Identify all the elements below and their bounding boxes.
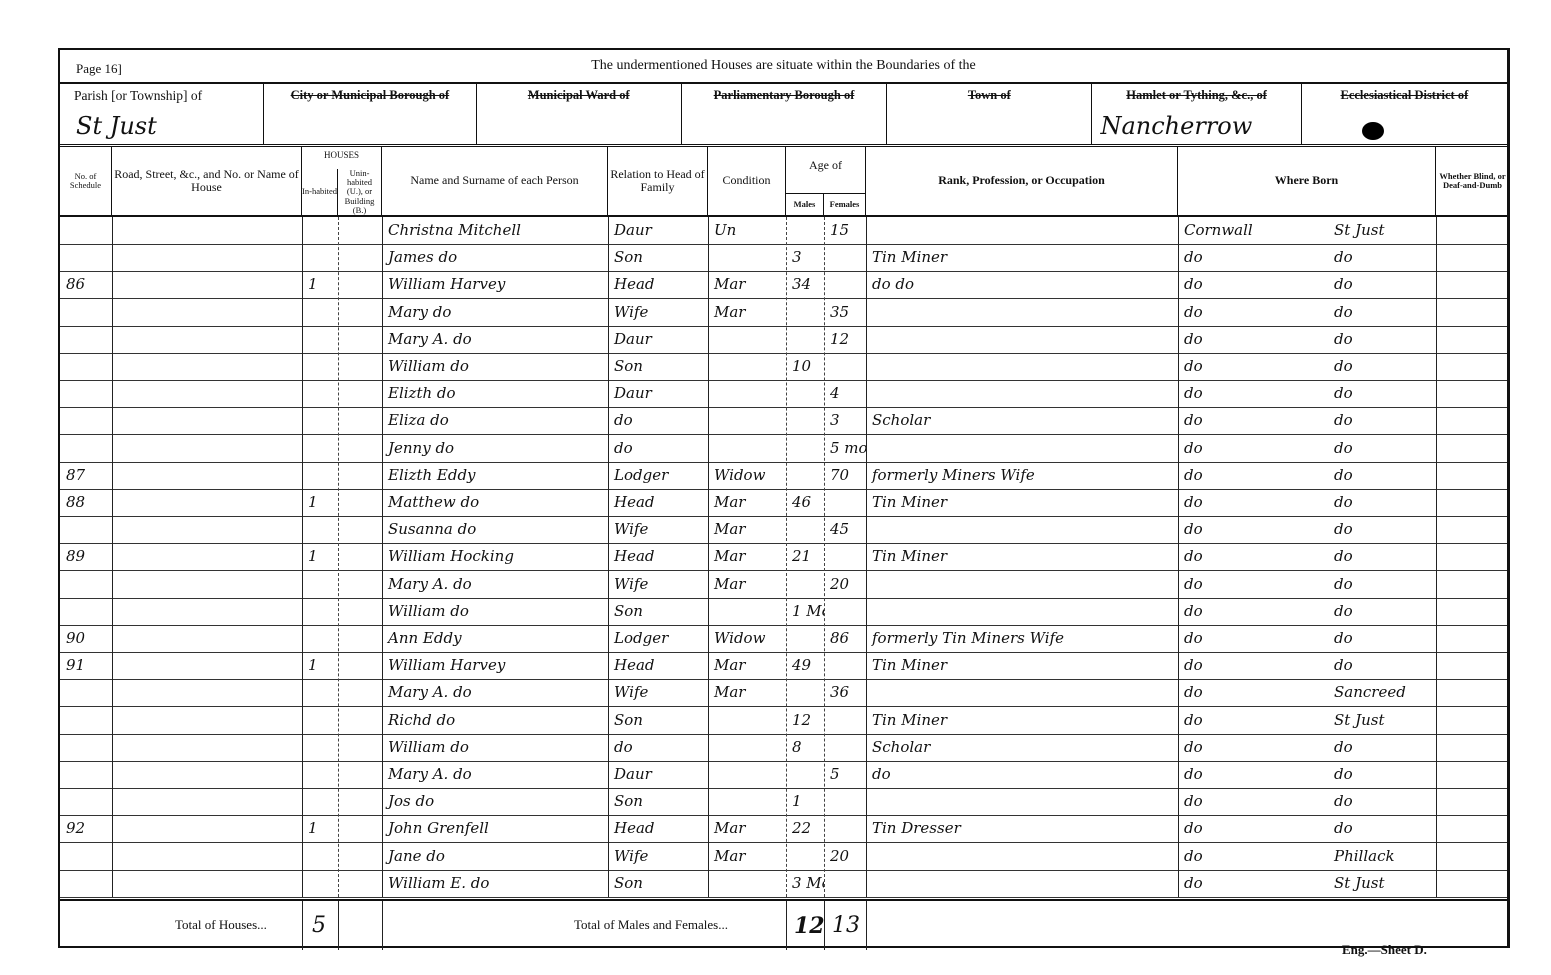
table-row: Elizth doDaur4dodo bbox=[60, 380, 1507, 408]
col-header-uninhabited: Unin-habited (U.), or Building (B.) bbox=[338, 169, 382, 215]
cell-uninhabited bbox=[338, 788, 382, 815]
cell-relation: Son bbox=[608, 788, 708, 815]
col-header-inhabited: In-habited bbox=[302, 169, 338, 215]
cell-inhabited bbox=[302, 707, 338, 734]
cell-born-parish: do bbox=[1328, 326, 1436, 353]
cell-name: James do bbox=[382, 244, 608, 271]
cell-born-county: Cornwall bbox=[1178, 217, 1328, 244]
cell-condition bbox=[708, 435, 786, 462]
cell-born-parish: do bbox=[1328, 815, 1436, 842]
cell-inhabited bbox=[302, 217, 338, 244]
cell-uninhabited bbox=[338, 380, 382, 407]
table-row: Mary A. doDaur5dododo bbox=[60, 761, 1507, 789]
cell-blind bbox=[1436, 217, 1509, 244]
cell-relation: Head bbox=[608, 489, 708, 516]
footer-divider bbox=[866, 901, 867, 950]
cell-age-female: 20 bbox=[824, 571, 866, 598]
column-divider bbox=[382, 217, 383, 897]
cell-born-county: do bbox=[1178, 815, 1328, 842]
cell-blind bbox=[1436, 435, 1509, 462]
cell-age-male bbox=[786, 407, 824, 434]
cell-blind bbox=[1436, 489, 1509, 516]
table-row: Mary doWifeMar35dodo bbox=[60, 299, 1507, 327]
cell-relation: do bbox=[608, 734, 708, 761]
cell-age-male: 22 bbox=[786, 815, 824, 842]
cell-relation: Son bbox=[608, 244, 708, 271]
cell-inhabited bbox=[302, 734, 338, 761]
cell-road bbox=[112, 625, 302, 652]
cell-blind bbox=[1436, 598, 1509, 625]
cell-born-county: do bbox=[1178, 299, 1328, 326]
cell-relation: Head bbox=[608, 543, 708, 570]
cell-condition bbox=[708, 870, 786, 897]
cell-born-parish: do bbox=[1328, 271, 1436, 298]
cell-condition: Mar bbox=[708, 815, 786, 842]
cell-born-county: do bbox=[1178, 407, 1328, 434]
total-houses-label: Total of Houses... bbox=[175, 917, 267, 933]
cell-name: Elizth do bbox=[382, 380, 608, 407]
cell-inhabited bbox=[302, 625, 338, 652]
cell-road bbox=[112, 217, 302, 244]
column-divider bbox=[824, 217, 825, 897]
table-row: Richd doSon12Tin MinerdoSt Just bbox=[60, 707, 1507, 735]
cell-uninhabited bbox=[338, 843, 382, 870]
cell-age-female bbox=[824, 707, 866, 734]
cell-age-female bbox=[824, 815, 866, 842]
cell-schedule bbox=[60, 244, 112, 271]
cell-name: William Hocking bbox=[382, 543, 608, 570]
cell-age-male: 1 Mo bbox=[786, 598, 824, 625]
cell-road bbox=[112, 380, 302, 407]
cell-schedule: 91 bbox=[60, 652, 112, 679]
cell-occupation: Tin Miner bbox=[866, 652, 1178, 679]
column-divider bbox=[1178, 217, 1179, 897]
cell-born-county: do bbox=[1178, 843, 1328, 870]
total-females-value: 13 bbox=[832, 913, 860, 938]
cell-condition bbox=[708, 598, 786, 625]
boundary-hamlet: Hamlet or Tything, &c., of Nancherrow bbox=[1092, 82, 1301, 144]
cell-schedule bbox=[60, 407, 112, 434]
cell-blind bbox=[1436, 843, 1509, 870]
cell-born-parish: do bbox=[1328, 489, 1436, 516]
cell-age-male: 46 bbox=[786, 489, 824, 516]
sheet-code: Eng.—Sheet D. bbox=[1342, 942, 1427, 958]
cell-uninhabited bbox=[338, 571, 382, 598]
cell-relation: Head bbox=[608, 815, 708, 842]
cell-schedule bbox=[60, 734, 112, 761]
total-houses-value: 5 bbox=[312, 913, 326, 938]
cell-name: Jane do bbox=[382, 843, 608, 870]
cell-road bbox=[112, 761, 302, 788]
cell-name: William do bbox=[382, 353, 608, 380]
column-divider bbox=[1436, 217, 1437, 897]
cell-born-parish: do bbox=[1328, 244, 1436, 271]
cell-name: Mary do bbox=[382, 299, 608, 326]
cell-name: John Grenfell bbox=[382, 815, 608, 842]
cell-relation: Wife bbox=[608, 571, 708, 598]
cell-road bbox=[112, 299, 302, 326]
cell-age-male: 34 bbox=[786, 271, 824, 298]
col-header-blind: Whether Blind, or Deaf-and-Dumb bbox=[1436, 147, 1509, 215]
cell-road bbox=[112, 407, 302, 434]
cell-uninhabited bbox=[338, 353, 382, 380]
cell-condition: Un bbox=[708, 217, 786, 244]
cell-age-female: 12 bbox=[824, 326, 866, 353]
cell-born-parish: do bbox=[1328, 625, 1436, 652]
cell-road bbox=[112, 489, 302, 516]
ink-blot-icon bbox=[1362, 122, 1384, 140]
cell-born-parish: do bbox=[1328, 761, 1436, 788]
cell-age-male bbox=[786, 571, 824, 598]
cell-blind bbox=[1436, 516, 1509, 543]
cell-road bbox=[112, 353, 302, 380]
cell-occupation bbox=[866, 679, 1178, 706]
cell-born-county: do bbox=[1178, 707, 1328, 734]
cell-occupation bbox=[866, 571, 1178, 598]
boundary-parish: Parish [or Township] of St Just bbox=[60, 82, 264, 144]
cell-born-county: do bbox=[1178, 788, 1328, 815]
cell-uninhabited bbox=[338, 489, 382, 516]
cell-relation: Daur bbox=[608, 326, 708, 353]
cell-road bbox=[112, 543, 302, 570]
cell-blind bbox=[1436, 271, 1509, 298]
cell-name: William do bbox=[382, 734, 608, 761]
cell-uninhabited bbox=[338, 815, 382, 842]
cell-born-county: do bbox=[1178, 679, 1328, 706]
cell-blind bbox=[1436, 761, 1509, 788]
cell-condition: Mar bbox=[708, 843, 786, 870]
cell-condition bbox=[708, 353, 786, 380]
cell-age-male: 3 Mo bbox=[786, 870, 824, 897]
cell-schedule bbox=[60, 788, 112, 815]
cell-inhabited bbox=[302, 870, 338, 897]
sheet-top-bar: Page 16] The undermentioned Houses are s… bbox=[60, 50, 1507, 84]
cell-relation: Wife bbox=[608, 843, 708, 870]
boundary-ecclesiastical: Ecclesiastical District of bbox=[1302, 82, 1507, 144]
table-row: Jos doSon1dodo bbox=[60, 788, 1507, 816]
cell-blind bbox=[1436, 353, 1509, 380]
cell-occupation bbox=[866, 788, 1178, 815]
cell-name: Mary A. do bbox=[382, 571, 608, 598]
cell-uninhabited bbox=[338, 326, 382, 353]
cell-born-county: do bbox=[1178, 271, 1328, 298]
cell-schedule bbox=[60, 571, 112, 598]
cell-born-parish: do bbox=[1328, 435, 1436, 462]
cell-born-county: do bbox=[1178, 870, 1328, 897]
table-row: 90Ann EddyLodgerWidow86formerly Tin Mine… bbox=[60, 625, 1507, 653]
cell-blind bbox=[1436, 707, 1509, 734]
cell-uninhabited bbox=[338, 516, 382, 543]
cell-blind bbox=[1436, 734, 1509, 761]
table-row: 891William HockingHeadMar21Tin Minerdodo bbox=[60, 543, 1507, 571]
cell-born-parish: Phillack bbox=[1328, 843, 1436, 870]
cell-road bbox=[112, 244, 302, 271]
cell-age-female bbox=[824, 244, 866, 271]
cell-name: William Harvey bbox=[382, 652, 608, 679]
boundary-label: Hamlet or Tything, &c., of bbox=[1092, 88, 1300, 103]
cell-name: Eliza do bbox=[382, 407, 608, 434]
cell-schedule bbox=[60, 843, 112, 870]
cell-age-male: 1 bbox=[786, 788, 824, 815]
cell-born-parish: do bbox=[1328, 380, 1436, 407]
cell-age-female: 15 bbox=[824, 217, 866, 244]
cell-relation: Wife bbox=[608, 516, 708, 543]
footer-divider bbox=[824, 901, 825, 950]
cell-born-parish: St Just bbox=[1328, 707, 1436, 734]
cell-schedule bbox=[60, 217, 112, 244]
col-header-name: Name and Surname of each Person bbox=[382, 147, 608, 215]
cell-road bbox=[112, 435, 302, 462]
cell-condition bbox=[708, 734, 786, 761]
cell-relation: Head bbox=[608, 271, 708, 298]
cell-condition bbox=[708, 380, 786, 407]
cell-relation: Daur bbox=[608, 380, 708, 407]
cell-age-male: 12 bbox=[786, 707, 824, 734]
cell-occupation: Tin Miner bbox=[866, 707, 1178, 734]
cell-born-parish: do bbox=[1328, 598, 1436, 625]
cell-age-female bbox=[824, 734, 866, 761]
cell-born-parish: do bbox=[1328, 571, 1436, 598]
cell-schedule bbox=[60, 299, 112, 326]
column-divider bbox=[708, 217, 709, 897]
cell-condition: Widow bbox=[708, 625, 786, 652]
cell-schedule bbox=[60, 598, 112, 625]
cell-relation: Wife bbox=[608, 679, 708, 706]
cell-schedule bbox=[60, 761, 112, 788]
cell-born-parish: do bbox=[1328, 543, 1436, 570]
footer-divider bbox=[302, 901, 303, 950]
cell-schedule bbox=[60, 516, 112, 543]
cell-uninhabited bbox=[338, 462, 382, 489]
cell-blind bbox=[1436, 326, 1509, 353]
cell-born-county: do bbox=[1178, 625, 1328, 652]
cell-inhabited bbox=[302, 407, 338, 434]
table-row: James doSon3Tin Minerdodo bbox=[60, 244, 1507, 272]
cell-inhabited bbox=[302, 326, 338, 353]
cell-blind bbox=[1436, 788, 1509, 815]
page-title: The undermentioned Houses are situate wi… bbox=[60, 58, 1507, 74]
cell-inhabited bbox=[302, 244, 338, 271]
cell-blind bbox=[1436, 407, 1509, 434]
cell-relation: Son bbox=[608, 870, 708, 897]
cell-born-county: do bbox=[1178, 734, 1328, 761]
cell-age-male bbox=[786, 462, 824, 489]
total-males-value: 12 bbox=[794, 913, 825, 939]
cell-schedule: 86 bbox=[60, 271, 112, 298]
cell-inhabited bbox=[302, 462, 338, 489]
cell-inhabited bbox=[302, 299, 338, 326]
cell-age-female bbox=[824, 543, 866, 570]
cell-schedule: 87 bbox=[60, 462, 112, 489]
cell-age-male bbox=[786, 516, 824, 543]
cell-condition: Mar bbox=[708, 489, 786, 516]
cell-uninhabited bbox=[338, 407, 382, 434]
cell-occupation: formerly Miners Wife bbox=[866, 462, 1178, 489]
cell-name: Jenny do bbox=[382, 435, 608, 462]
cell-age-male bbox=[786, 380, 824, 407]
totals-row: Total of Houses... 5 Total of Males and … bbox=[60, 899, 1507, 950]
cell-born-county: do bbox=[1178, 516, 1328, 543]
cell-occupation: do bbox=[866, 761, 1178, 788]
cell-age-male bbox=[786, 843, 824, 870]
table-row: 861William HarveyHeadMar34do dododo bbox=[60, 271, 1507, 299]
cell-road bbox=[112, 734, 302, 761]
cell-born-parish: do bbox=[1328, 353, 1436, 380]
col-header-where-born: Where Born bbox=[1178, 147, 1436, 215]
boundary-label: Ecclesiastical District of bbox=[1302, 88, 1507, 103]
cell-age-male bbox=[786, 217, 824, 244]
cell-condition: Mar bbox=[708, 543, 786, 570]
col-header-occupation: Rank, Profession, or Occupation bbox=[866, 147, 1178, 215]
cell-relation: Daur bbox=[608, 217, 708, 244]
cell-name: William Harvey bbox=[382, 271, 608, 298]
cell-schedule bbox=[60, 679, 112, 706]
cell-occupation bbox=[866, 326, 1178, 353]
cell-uninhabited bbox=[338, 707, 382, 734]
cell-name: Susanna do bbox=[382, 516, 608, 543]
cell-uninhabited bbox=[338, 244, 382, 271]
cell-born-parish: St Just bbox=[1328, 217, 1436, 244]
cell-age-male bbox=[786, 625, 824, 652]
boundary-town: Town of bbox=[887, 82, 1092, 144]
cell-born-parish: do bbox=[1328, 462, 1436, 489]
cell-condition bbox=[708, 326, 786, 353]
cell-name: Ann Eddy bbox=[382, 625, 608, 652]
cell-age-female: 36 bbox=[824, 679, 866, 706]
col-header-relation: Relation to Head of Family bbox=[608, 147, 708, 215]
cell-name: Richd do bbox=[382, 707, 608, 734]
cell-blind bbox=[1436, 244, 1509, 271]
boundary-ward: Municipal Ward of bbox=[477, 82, 682, 144]
table-row: William doSon10dodo bbox=[60, 353, 1507, 381]
cell-age-male: 21 bbox=[786, 543, 824, 570]
cell-name: Elizth Eddy bbox=[382, 462, 608, 489]
table-row: 921John GrenfellHeadMar22Tin Dresserdodo bbox=[60, 815, 1507, 843]
cell-name: Mary A. do bbox=[382, 326, 608, 353]
boundary-label: Town of bbox=[887, 88, 1091, 103]
cell-uninhabited bbox=[338, 435, 382, 462]
table-row: William dodo8Scholardodo bbox=[60, 734, 1507, 762]
cell-uninhabited bbox=[338, 299, 382, 326]
cell-condition: Mar bbox=[708, 571, 786, 598]
cell-born-county: do bbox=[1178, 380, 1328, 407]
table-row: Eliza dodo3Scholardodo bbox=[60, 407, 1507, 435]
cell-born-county: do bbox=[1178, 462, 1328, 489]
cell-occupation bbox=[866, 217, 1178, 244]
cell-age-female bbox=[824, 652, 866, 679]
cell-born-parish: do bbox=[1328, 788, 1436, 815]
cell-blind bbox=[1436, 462, 1509, 489]
cell-age-female: 70 bbox=[824, 462, 866, 489]
cell-inhabited bbox=[302, 571, 338, 598]
cell-born-county: do bbox=[1178, 244, 1328, 271]
cell-relation: Daur bbox=[608, 761, 708, 788]
cell-age-male bbox=[786, 679, 824, 706]
cell-inhabited: 1 bbox=[302, 489, 338, 516]
cell-condition bbox=[708, 244, 786, 271]
cell-road bbox=[112, 326, 302, 353]
cell-relation: Lodger bbox=[608, 625, 708, 652]
cell-inhabited bbox=[302, 380, 338, 407]
cell-condition bbox=[708, 788, 786, 815]
cell-age-male bbox=[786, 299, 824, 326]
col-header-females: Females bbox=[824, 193, 866, 215]
cell-uninhabited bbox=[338, 652, 382, 679]
cell-inhabited bbox=[302, 843, 338, 870]
cell-condition: Mar bbox=[708, 299, 786, 326]
cell-schedule bbox=[60, 870, 112, 897]
cell-born-county: do bbox=[1178, 326, 1328, 353]
cell-born-county: do bbox=[1178, 489, 1328, 516]
boundary-borough: City or Municipal Borough of bbox=[264, 82, 476, 144]
cell-road bbox=[112, 571, 302, 598]
cell-uninhabited bbox=[338, 761, 382, 788]
boundaries-row: Parish [or Township] of St Just City or … bbox=[60, 82, 1507, 147]
cell-schedule bbox=[60, 707, 112, 734]
cell-uninhabited bbox=[338, 543, 382, 570]
cell-born-county: do bbox=[1178, 652, 1328, 679]
cell-blind bbox=[1436, 870, 1509, 897]
cell-age-female bbox=[824, 788, 866, 815]
cell-age-male: 10 bbox=[786, 353, 824, 380]
cell-condition bbox=[708, 761, 786, 788]
cell-name: Jos do bbox=[382, 788, 608, 815]
boundary-label: Municipal Ward of bbox=[477, 88, 681, 103]
cell-uninhabited bbox=[338, 625, 382, 652]
cell-age-female: 45 bbox=[824, 516, 866, 543]
boundary-label: Parliamentary Borough of bbox=[682, 88, 886, 103]
cell-schedule: 92 bbox=[60, 815, 112, 842]
cell-blind bbox=[1436, 299, 1509, 326]
cell-born-county: do bbox=[1178, 571, 1328, 598]
cell-uninhabited bbox=[338, 870, 382, 897]
cell-uninhabited bbox=[338, 598, 382, 625]
cell-relation: Head bbox=[608, 652, 708, 679]
cell-road bbox=[112, 815, 302, 842]
cell-occupation bbox=[866, 843, 1178, 870]
cell-condition: Mar bbox=[708, 271, 786, 298]
cell-occupation: Scholar bbox=[866, 407, 1178, 434]
cell-road bbox=[112, 516, 302, 543]
table-row: Susanna doWifeMar45dodo bbox=[60, 516, 1507, 544]
cell-inhabited bbox=[302, 761, 338, 788]
cell-age-female: 86 bbox=[824, 625, 866, 652]
cell-blind bbox=[1436, 652, 1509, 679]
cell-age-female: 5 mo bbox=[824, 435, 866, 462]
cell-road bbox=[112, 788, 302, 815]
column-divider bbox=[786, 217, 787, 897]
cell-blind bbox=[1436, 815, 1509, 842]
cell-age-female: 5 bbox=[824, 761, 866, 788]
cell-occupation: Tin Miner bbox=[866, 489, 1178, 516]
footer-divider bbox=[786, 901, 787, 950]
footer-divider bbox=[338, 901, 339, 950]
cell-born-parish: do bbox=[1328, 299, 1436, 326]
cell-occupation: Tin Miner bbox=[866, 543, 1178, 570]
cell-road bbox=[112, 707, 302, 734]
cell-born-parish: do bbox=[1328, 734, 1436, 761]
cell-blind bbox=[1436, 380, 1509, 407]
cell-condition: Mar bbox=[708, 652, 786, 679]
cell-occupation: Tin Miner bbox=[866, 244, 1178, 271]
cell-blind bbox=[1436, 543, 1509, 570]
cell-born-county: do bbox=[1178, 543, 1328, 570]
cell-schedule bbox=[60, 326, 112, 353]
footer-divider bbox=[382, 901, 383, 950]
cell-born-county: do bbox=[1178, 435, 1328, 462]
cell-uninhabited bbox=[338, 217, 382, 244]
column-divider bbox=[112, 217, 113, 897]
